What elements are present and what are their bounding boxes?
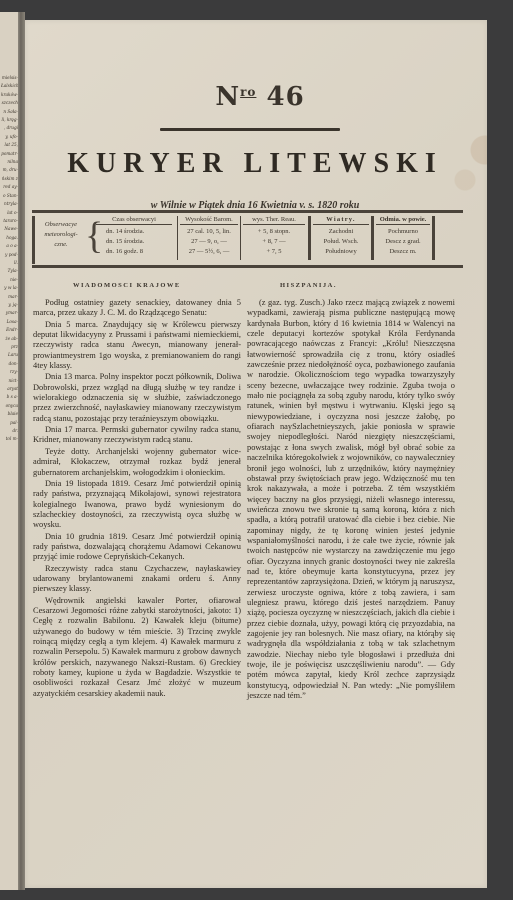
article-paragraph: Dnia 19 listopada 1819. Cesarz Jmć potwi… — [33, 479, 241, 531]
newspaper-page: Nro 46 KURYER LITEWSKI w Wilnie w Piątek… — [25, 20, 487, 888]
issue-prefix-sup: ro — [240, 85, 256, 99]
adjacent-page-line: rzy- — [1, 368, 18, 376]
adjacent-page-line: aryst — [1, 385, 18, 393]
left-column: Podług ostatniey gazety senackiey, datow… — [33, 298, 241, 699]
adjacent-page-line: ńskim z — [1, 175, 18, 183]
adjacent-page-line: Tyla- — [1, 267, 18, 275]
adjacent-page-line: blaie — [1, 410, 18, 418]
article-paragraph: Rzeczywisty radca stanu Czychaczew, naył… — [33, 564, 241, 595]
adjacent-page-text: mielsis-Łalskichkraków-szczechn Sała-li,… — [0, 12, 18, 444]
adjacent-page-line: m, dru- — [1, 166, 18, 174]
adjacent-page-line: li, kręg- — [1, 116, 18, 124]
newspaper-title: KURYER LITEWSKI — [45, 148, 465, 180]
meteo-cell: 27 — 9, o, — — [178, 237, 240, 247]
issue-number-value: 46 — [266, 82, 304, 112]
article-paragraph: Podług ostatniey gazety senackiey, datow… — [33, 298, 241, 319]
meteo-header: Wiatry. — [313, 216, 369, 225]
meteo-col-weather: Odmia. w powie. Pochmurno Descz z grad. … — [371, 216, 435, 260]
meteo-label: Obserwacye meteorologi- czne. — [32, 216, 87, 264]
adjacent-page-line: onyca — [1, 402, 18, 410]
meteo-cell: dn. 15 środzia. — [94, 237, 174, 247]
adjacent-page-line: don- — [1, 360, 18, 368]
meteo-cell: + 8, 7 — — [241, 237, 307, 247]
meteo-col-thermometer: wys. Ther. Reau. + 5, 8 stopn. + 8, 7 — … — [240, 216, 307, 260]
adjacent-page-line: , drugi — [1, 124, 18, 132]
meteo-cell: dn. 14 środzia. — [94, 227, 174, 237]
adjacent-page-line: o Stan- — [1, 192, 18, 200]
meteo-cell: Południowy — [311, 247, 371, 257]
adjacent-page-line: szczech — [1, 99, 18, 107]
meteo-cell: + 7, 5 — [241, 247, 307, 257]
meteo-label-line: meteorologi- — [35, 230, 87, 240]
meteo-cell: Zachodni — [311, 227, 371, 237]
adjacent-page-line: mar- — [1, 293, 18, 301]
issue-number: Nro 46 — [200, 82, 320, 112]
adjacent-page-line: Łalskich — [1, 82, 18, 90]
adjacent-page-line: prz — [1, 343, 18, 351]
adjacent-page-line: nilna — [1, 158, 18, 166]
masthead-rule — [160, 128, 340, 131]
adjacent-page-line: b s a- — [1, 393, 18, 401]
article-paragraph: Dnia 5 marca. Znaydujący się w Królewcu … — [33, 320, 241, 372]
article-paragraph: (z gaz. tyg. Zusch.) Jako rzecz mającą z… — [247, 298, 455, 701]
adjacent-page-line: mielsis- — [1, 74, 18, 82]
adjacent-page-line: Losa- — [1, 318, 18, 326]
adjacent-page-line: nie- — [1, 276, 18, 284]
meteo-header: wys. Ther. Reau. — [243, 216, 305, 225]
adjacent-page-line: n Sała- — [1, 108, 18, 116]
article-paragraph: Wędrownik angielski kawaler Porter, ofia… — [33, 596, 241, 699]
adjacent-page-line: tararo- — [1, 217, 18, 225]
meteo-cell: dn. 16 godz. 8 — [94, 247, 174, 257]
meteo-cell: Pochmurno — [374, 227, 432, 237]
article-paragraph: Teyże dotty. Archanjelski wojenny gubern… — [33, 447, 241, 478]
section-heading-spain: HISZPANIJA. — [280, 282, 337, 289]
adjacent-page-fragment: mielsis-Łalskichkraków-szczechn Sała-li,… — [0, 12, 18, 890]
meteo-header: Czas obserwacyi — [96, 216, 172, 225]
adjacent-page-line: Laru — [1, 351, 18, 359]
book-gutter — [18, 12, 25, 890]
adjacent-page-line: nict- — [1, 377, 18, 385]
meteo-cell: 27 — 5½, 6, — — [178, 247, 240, 257]
meteo-col-time: Czas obserwacyi dn. 14 środzia. dn. 15 ś… — [94, 216, 174, 260]
section-heading-domestic: WIADOMOSCI KRAJOWE — [73, 282, 181, 289]
adjacent-page-line: y, ją- — [1, 301, 18, 309]
meteo-cell: Descz z grad. — [374, 237, 432, 247]
meteo-label-line: Obserwacye — [35, 220, 87, 230]
meteo-header: Wysokość Barom. — [180, 216, 238, 225]
meteo-cell: 27 cal. 10, 5, lin. — [178, 227, 240, 237]
article-paragraph: Dnia 10 grudnia 1819. Cesarz Jmć potwier… — [33, 532, 241, 563]
adjacent-page-line: kraków- — [1, 91, 18, 99]
adjacent-page-line: Nawe- — [1, 225, 18, 233]
meteo-col-barometer: Wysokość Barom. 27 cal. 10, 5, lin. 27 —… — [177, 216, 240, 260]
meteo-col-winds: Wiatry. Zachodni Połud. Wsch. Południowy — [308, 216, 371, 260]
adjacent-page-line: że ab- — [1, 335, 18, 343]
adjacent-page-line: pal- — [1, 419, 18, 427]
adjacent-page-line: lat 25, — [1, 141, 18, 149]
meteo-label-line: czne. — [35, 240, 87, 250]
meteorological-table: Obserwacye meteorologi- czne. { Czas obs… — [32, 210, 463, 268]
adjacent-page-line: ymar- — [1, 309, 18, 317]
issue-prefix: N — [215, 82, 240, 112]
adjacent-page-line: y, ufo- — [1, 133, 18, 141]
adjacent-page-line: ll. — [1, 259, 18, 267]
article-paragraph: Dnia 17 marca. Permski gubernator cywiln… — [33, 425, 241, 446]
adjacent-page-line: dr. — [1, 427, 18, 435]
article-paragraph: Dnia 13 marca. Polny inspektor poczt pół… — [33, 372, 241, 424]
adjacent-page-line: y pod- — [1, 251, 18, 259]
right-column: (z gaz. tyg. Zusch.) Jako rzecz mającą z… — [247, 298, 455, 701]
adjacent-page-line: hoga. — [1, 234, 18, 242]
adjacent-page-line: a o a- — [1, 242, 18, 250]
meteo-cell: + 5, 8 stopn. — [241, 227, 307, 237]
adjacent-page-line: lat o- — [1, 209, 18, 217]
adjacent-page-line: Endr- — [1, 326, 18, 334]
meteo-header: Odmia. w powie. — [376, 216, 430, 225]
adjacent-page-line: tol m- — [1, 435, 18, 443]
adjacent-page-line: red ay- — [1, 183, 18, 191]
meteo-cell: Połud. Wsch. — [311, 237, 371, 247]
adjacent-page-line: ntryla- — [1, 200, 18, 208]
meteo-cell: Deszcz m. — [374, 247, 432, 257]
adjacent-page-line: y w la- — [1, 284, 18, 292]
adjacent-page-line: pomatr- — [1, 150, 18, 158]
